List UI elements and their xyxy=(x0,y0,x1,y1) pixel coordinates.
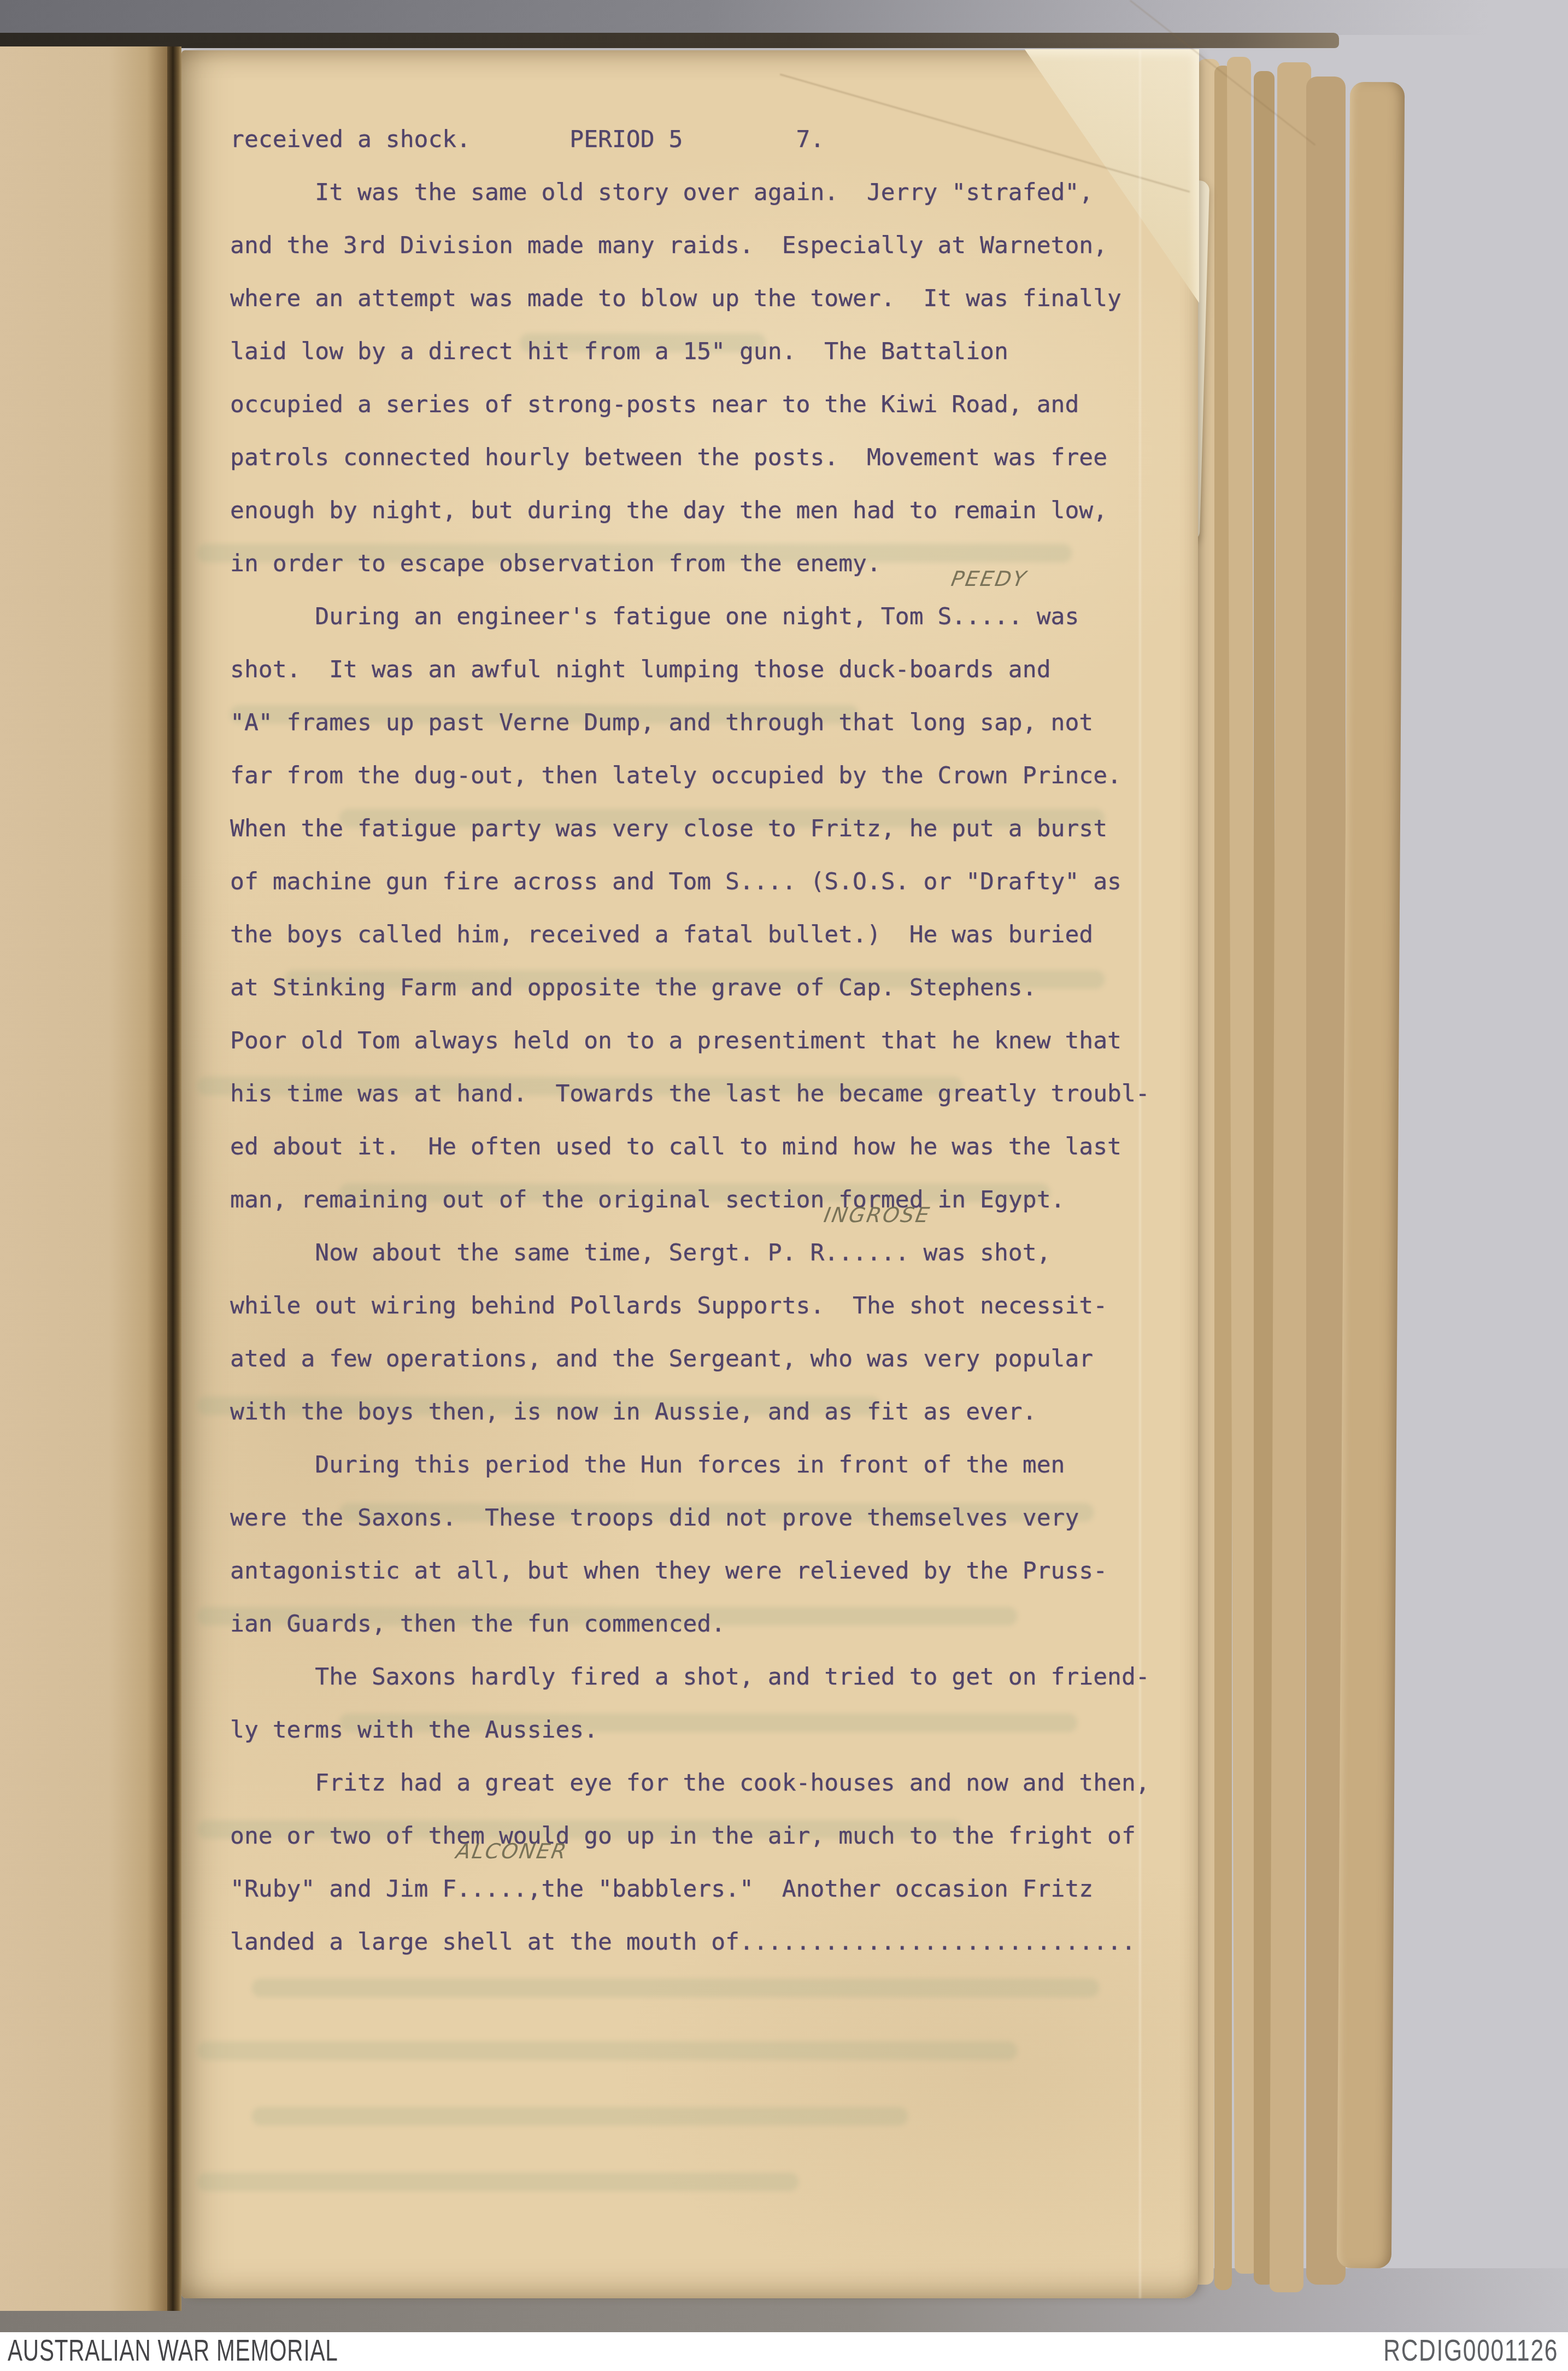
handwritten-correction: INGROSE xyxy=(823,1205,932,1225)
typed-text-segment: were the Saxons. These troops did not pr… xyxy=(230,1504,1079,1531)
typed-line: Fritz had a great eye for the cook-house… xyxy=(230,1757,1192,1810)
page-stack-edge-tattered xyxy=(1337,82,1405,2269)
typed-text-segment: of machine gun fire across and Tom S....… xyxy=(230,868,1121,895)
typed-line: During an engineer's fatigue one night, … xyxy=(230,590,1192,643)
typed-line: the boys called him, received a fatal bu… xyxy=(230,908,1192,961)
typed-text-segment: one or two of them would go up in the ai… xyxy=(230,1822,1136,1850)
footer-archive-id: RCDIG0001126 xyxy=(1383,2333,1558,2369)
typed-text-segment: with the boys then, is now in Aussie, an… xyxy=(230,1398,1037,1425)
overwritten-name: .....,ALCONER xyxy=(456,1863,541,1916)
typed-line: "A" frames up past Verne Dump, and throu… xyxy=(230,696,1192,749)
typed-text-segment: . was xyxy=(1008,603,1079,630)
typed-text-segment: During this period the Hun forces in fro… xyxy=(230,1451,1065,1478)
typed-line: ed about it. He often used to call to mi… xyxy=(230,1120,1192,1173)
typed-line: and the 3rd Division made many raids. Es… xyxy=(230,219,1192,272)
typed-text-segment: When the fatigue party was very close to… xyxy=(230,815,1107,842)
book-top-edge xyxy=(0,33,1339,48)
typed-line: occupied a series of strong-posts near t… xyxy=(230,378,1192,431)
typed-line: patrols connected hourly between the pos… xyxy=(230,431,1192,484)
page-stack-edge xyxy=(1270,62,1311,2292)
typed-text-segment: laid low by a direct hit from a 15" gun.… xyxy=(230,338,1008,365)
typed-line: enough by night, but during the day the … xyxy=(230,484,1192,537)
footer-institution-label: AUSTRALIAN WAR MEMORIAL xyxy=(8,2333,338,2369)
typed-line: landed a large shell at the mouth of....… xyxy=(230,1916,1192,1969)
typed-line: of machine gun fire across and Tom S....… xyxy=(230,855,1192,908)
typed-text-segment: It was the same old story over again. Je… xyxy=(230,179,1093,206)
typed-text-segment: enough by night, but during the day the … xyxy=(230,497,1107,524)
typed-line: During this period the Hun forces in fro… xyxy=(230,1439,1192,1492)
typed-line: far from the dug-out, then lately occupi… xyxy=(230,749,1192,802)
typed-text-segment: ian Guards, then the fun commenced. xyxy=(230,1610,725,1638)
handwritten-correction: PEEDY xyxy=(950,568,1029,589)
typed-text-segment: in order to escape observation from the … xyxy=(230,550,881,577)
typed-line: ly terms with the Aussies. xyxy=(230,1704,1192,1757)
typed-line: laid low by a direct hit from a 15" gun.… xyxy=(230,325,1192,378)
typed-line: Poor old Tom always held on to a present… xyxy=(230,1014,1192,1067)
typed-line: "Ruby" and Jim F.....,ALCONERthe "babble… xyxy=(230,1863,1192,1916)
footer-bar: AUSTRALIAN WAR MEMORIAL RCDIG0001126 xyxy=(0,2332,1568,2371)
typed-text-segment: Fritz had a great eye for the cook-house… xyxy=(230,1769,1150,1797)
typed-line: in order to escape observation from the … xyxy=(230,537,1192,590)
typed-text-segment: patrols connected hourly between the pos… xyxy=(230,444,1107,471)
typed-text-segment: while out wiring behind Pollards Support… xyxy=(230,1292,1107,1319)
typed-line: received a shock. PERIOD 5 7. xyxy=(230,113,1192,166)
bleedthrough-smudge xyxy=(197,2173,798,2191)
typed-text-segment: ly terms with the Aussies. xyxy=(230,1716,598,1744)
typed-line: It was the same old story over again. Je… xyxy=(230,166,1192,219)
typed-line: shot. It was an awful night lumping thos… xyxy=(230,643,1192,696)
overwritten-name: ....PEEDY xyxy=(952,590,1008,643)
handwritten-correction: ALCONER xyxy=(455,1841,569,1862)
typed-line: one or two of them would go up in the ai… xyxy=(230,1810,1192,1863)
typed-text-segment: his time was at hand. Towards the last h… xyxy=(230,1080,1150,1107)
typed-dots: ...... xyxy=(824,1239,909,1266)
typed-text-segment: was shot, xyxy=(909,1239,1051,1266)
typed-text-segment: received a shock. PERIOD 5 7. xyxy=(230,126,824,153)
scanner-background-shade xyxy=(0,0,1568,35)
typed-text-segment: man, remaining out of the original secti… xyxy=(230,1186,1065,1213)
typed-dots: .... xyxy=(952,603,1008,630)
typed-text-segment: occupied a series of strong-posts near t… xyxy=(230,391,1079,418)
typed-line: Now about the same time, Sergt. P. R....… xyxy=(230,1226,1192,1280)
typed-line: ated a few operations, and the Sergeant,… xyxy=(230,1333,1192,1386)
typed-line: ian Guards, then the fun commenced. xyxy=(230,1598,1192,1651)
typed-text-segment: the boys called him, received a fatal bu… xyxy=(230,921,1093,948)
typed-line: antagonistic at all, but when they were … xyxy=(230,1545,1192,1598)
typed-line: with the boys then, is now in Aussie, an… xyxy=(230,1386,1192,1439)
typed-text-segment: "A" frames up past Verne Dump, and throu… xyxy=(230,709,1093,736)
typed-line: at Stinking Farm and opposite the grave … xyxy=(230,961,1192,1014)
overwritten-name: ......INGROSE xyxy=(824,1226,909,1280)
typed-text-segment: and the 3rd Division made many raids. Es… xyxy=(230,232,1107,259)
scanned-document-page: received a shock. PERIOD 5 7. It was the… xyxy=(181,50,1198,2298)
typed-line: The Saxons hardly fired a shot, and trie… xyxy=(230,1651,1192,1704)
typed-text-segment: Poor old Tom always held on to a present… xyxy=(230,1027,1121,1054)
typed-line: where an attempt was made to blow up the… xyxy=(230,272,1192,325)
bleedthrough-smudge xyxy=(197,2041,1017,2060)
typed-text-segment: at Stinking Farm and opposite the grave … xyxy=(230,974,1037,1001)
typed-line: were the Saxons. These troops did not pr… xyxy=(230,1492,1192,1545)
typed-text-segment: The Saxons hardly fired a shot, and trie… xyxy=(230,1663,1150,1691)
bleedthrough-smudge xyxy=(252,1979,1099,1997)
typed-text-segment: landed a large shell at the mouth of....… xyxy=(230,1928,1136,1956)
typed-text-segment: Now about the same time, Sergt. P. R xyxy=(230,1239,824,1266)
typed-text-segment: where an attempt was made to blow up the… xyxy=(230,285,1121,312)
book-gutter xyxy=(167,46,181,2311)
typed-line: man, remaining out of the original secti… xyxy=(230,1173,1192,1226)
typed-text-segment: "Ruby" and Jim F xyxy=(230,1875,456,1903)
typed-text-segment: shot. It was an awful night lumping thos… xyxy=(230,656,1051,683)
typed-text-segment: far from the dug-out, then lately occupi… xyxy=(230,762,1121,789)
bleedthrough-smudge xyxy=(252,2107,908,2126)
typed-text: received a shock. PERIOD 5 7. It was the… xyxy=(230,113,1192,1969)
typed-text-segment: During an engineer's fatigue one night, … xyxy=(230,603,952,630)
typed-line: his time was at hand. Towards the last h… xyxy=(230,1067,1192,1120)
typed-line: while out wiring behind Pollards Support… xyxy=(230,1280,1192,1333)
typed-text-segment: the "babblers." Another occasion Fritz xyxy=(542,1875,1094,1903)
typed-line: When the fatigue party was very close to… xyxy=(230,802,1192,855)
facing-blank-page xyxy=(0,46,167,2311)
typed-text-segment: antagonistic at all, but when they were … xyxy=(230,1557,1107,1584)
typed-text-segment: ated a few operations, and the Sergeant,… xyxy=(230,1345,1093,1372)
typed-text-segment: ed about it. He often used to call to mi… xyxy=(230,1133,1121,1160)
typed-dots: ....., xyxy=(456,1875,541,1903)
